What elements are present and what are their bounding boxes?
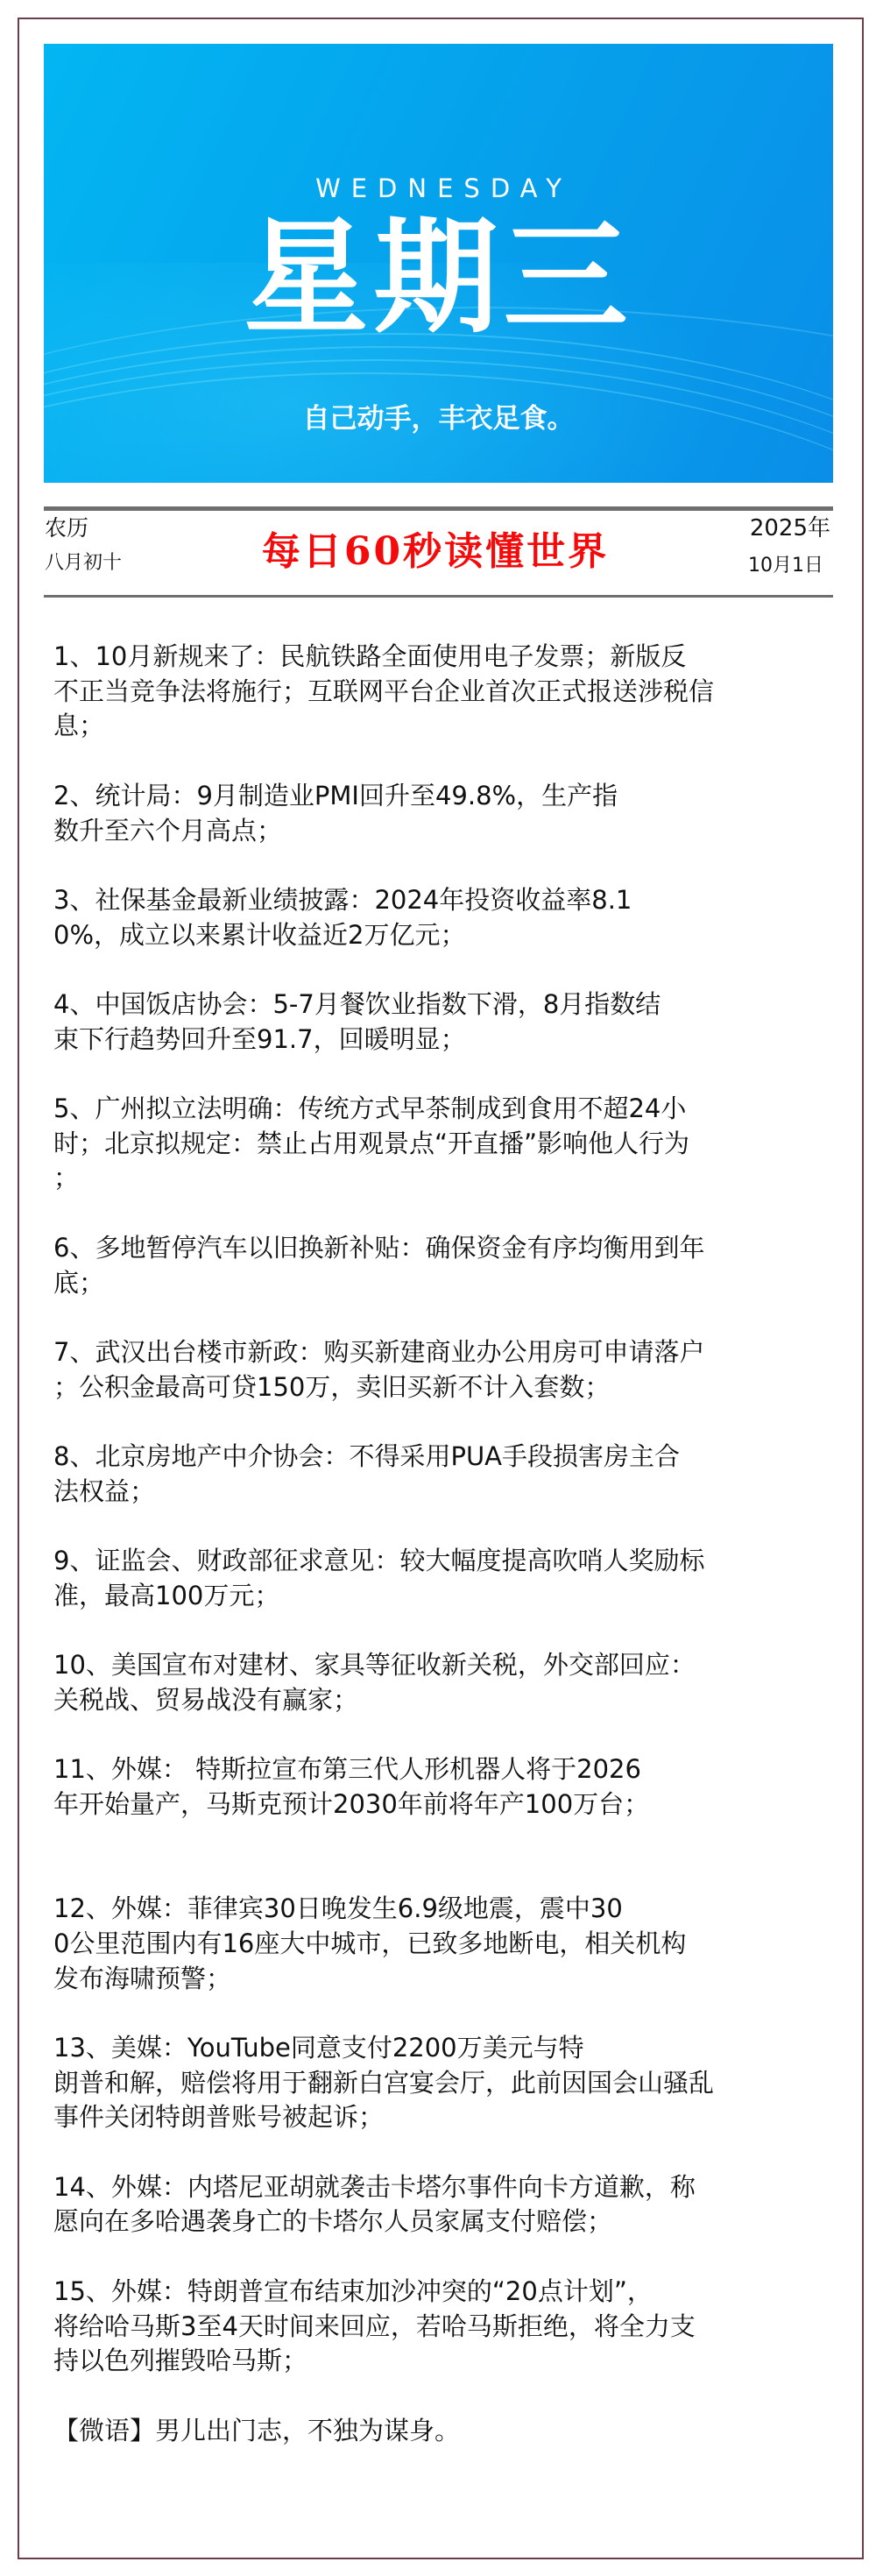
news-line: 12、外媒：菲律宾30日晚发生6.9级地震，震中30 [53,1892,855,1927]
news-item: 10、美国宣布对建材、家具等征收新关税，外交部回应： 关税战、贸易战没有赢家； [53,1648,855,1717]
news-item: 11、外媒： 特斯拉宣布第三代人形机器人将于2026 年开始量产，马斯克预计20… [53,1752,855,1822]
news-line: 将给哈马斯3至4天时间来回应，若哈马斯拒绝，将全力支 [53,2310,855,2345]
divider-bottom [44,595,833,598]
weekday-english: WEDNESDAY [44,173,833,203]
banner-motto: 自己动手，丰衣足食。 [44,396,833,435]
news-line: 0%，成立以来累计收益近2万亿元； [53,918,855,953]
news-line: 束下行趋势回升至91.7，回暖明显； [53,1023,855,1058]
news-line: 9、证监会、财政部征求意见：较大幅度提高吹哨人奖励标 [53,1544,855,1579]
news-line: 持以色列摧毁哈马斯； [53,2344,855,2379]
news-line: 0公里范围内有16座大中城市，已致多地断电，相关机构 [53,1927,855,1962]
news-line: 数升至六个月高点； [53,814,855,849]
news-line: 事件关闭特朗普账号被起诉； [53,2100,855,2135]
news-line: 13、美媒：YouTube同意支付2200万美元与特 [53,2031,855,2066]
news-item: 1、10月新规来了：民航铁路全面使用电子发票；新版反 不正当竞争法将施行；互联网… [53,640,855,744]
news-item: 15、外媒：特朗普宣布结束加沙冲突的“20点计划”， 将给哈马斯3至4天时间来回… [53,2275,855,2379]
news-line: 5、广州拟立法明确：传统方式早茶制成到食用不超24小 [53,1092,855,1127]
news-line: 发布海啸预警； [53,1962,855,1997]
news-item: 5、广州拟立法明确：传统方式早茶制成到食用不超24小 时；北京拟规定：禁止占用观… [53,1092,855,1196]
news-line: 4、中国饭店协会：5-7月餐饮业指数下滑，8月指数结 [53,987,855,1023]
lunar-calendar-label: 农历 [45,515,88,541]
news-item: 4、中国饭店协会：5-7月餐饮业指数下滑，8月指数结 束下行趋势回升至91.7，… [53,987,855,1057]
news-line: 关税战、贸易战没有赢家； [53,1683,855,1718]
weekday-banner: WEDNESDAY 星期三 自己动手，丰衣足食。 [44,44,833,483]
news-line: 底； [53,1266,855,1301]
news-item: 6、多地暂停汽车以旧换新补贴：确保资金有序均衡用到年 底； [53,1231,855,1300]
news-item: 7、武汉出台楼市新政：购买新建商业办公用房可申请落户 ；公积金最高可贷150万，… [53,1335,855,1405]
gregorian-month-day: 10月1日 [748,554,823,578]
news-line: 8、北京房地产中介协会：不得采用PUA手段损害房主合 [53,1440,855,1475]
gregorian-year: 2025年 [750,515,830,541]
news-item: 3、社保基金最新业绩披露：2024年投资收益率8.1 0%，成立以来累计收益近2… [53,883,855,952]
news-line: 2、统计局：9月制造业PMI回升至49.8%，生产指 [53,779,855,814]
news-line: 年开始量产，马斯克预计2030年前将年产100万台； [53,1787,855,1822]
news-item: 8、北京房地产中介协会：不得采用PUA手段损害房主合 法权益； [53,1440,855,1509]
news-item: 9、证监会、财政部征求意见：较大幅度提高吹哨人奖励标 准，最高100万元； [53,1544,855,1613]
news-item: 13、美媒：YouTube同意支付2200万美元与特 朗普和解，赔偿将用于翻新白… [53,2031,855,2135]
news-line: 6、多地暂停汽车以旧换新补贴：确保资金有序均衡用到年 [53,1231,855,1266]
news-line: 3、社保基金最新业绩披露：2024年投资收益率8.1 [53,883,855,918]
news-item: 12、外媒：菲律宾30日晚发生6.9级地震，震中30 0公里范围内有16座大中城… [53,1892,855,1996]
news-line: 7、武汉出台楼市新政：购买新建商业办公用房可申请落户 [53,1335,855,1370]
page-title: 每日60秒读懂世界 [230,526,641,578]
weekday-chinese: 星期三 [44,209,833,349]
daily-quote: 【微语】男儿出门志，不独为谋身。 [53,2414,855,2449]
news-line: 11、外媒： 特斯拉宣布第三代人形机器人将于2026 [53,1752,855,1787]
news-line: 愿向在多哈遇袭身亡的卡塔尔人员家属支付赔偿； [53,2204,855,2240]
news-list: 1、10月新规来了：民航铁路全面使用电子发票；新版反 不正当竞争法将施行；互联网… [53,640,855,2448]
news-line: 不正当竞争法将施行；互联网平台企业首次正式报送涉税信 [53,675,855,710]
news-line: 准，最高100万元； [53,1579,855,1614]
news-item: 2、统计局：9月制造业PMI回升至49.8%，生产指 数升至六个月高点； [53,779,855,848]
news-line: 朗普和解，赔偿将用于翻新白宫宴会厅，此前因国会山骚乱 [53,2066,855,2101]
news-line: 时；北京拟规定：禁止占用观景点“开直播”影响他人行为 [53,1127,855,1162]
news-line: 1、10月新规来了：民航铁路全面使用电子发票；新版反 [53,640,855,675]
news-line: 10、美国宣布对建材、家具等征收新关税，外交部回应： [53,1648,855,1683]
news-item: 14、外媒：内塔尼亚胡就袭击卡塔尔事件向卡方道歉，称 愿向在多哈遇袭身亡的卡塔尔… [53,2170,855,2240]
news-line: ；公积金最高可贷150万，卖旧买新不计入套数； [53,1370,855,1405]
news-line: 息； [53,709,855,744]
divider-top [44,506,833,511]
news-line: 15、外媒：特朗普宣布结束加沙冲突的“20点计划”， [53,2275,855,2310]
lunar-date: 八月初十 [45,551,122,576]
news-line: 法权益； [53,1475,855,1510]
news-line: ； [53,1161,855,1196]
news-line: 14、外媒：内塔尼亚胡就袭击卡塔尔事件向卡方道歉，称 [53,2170,855,2205]
